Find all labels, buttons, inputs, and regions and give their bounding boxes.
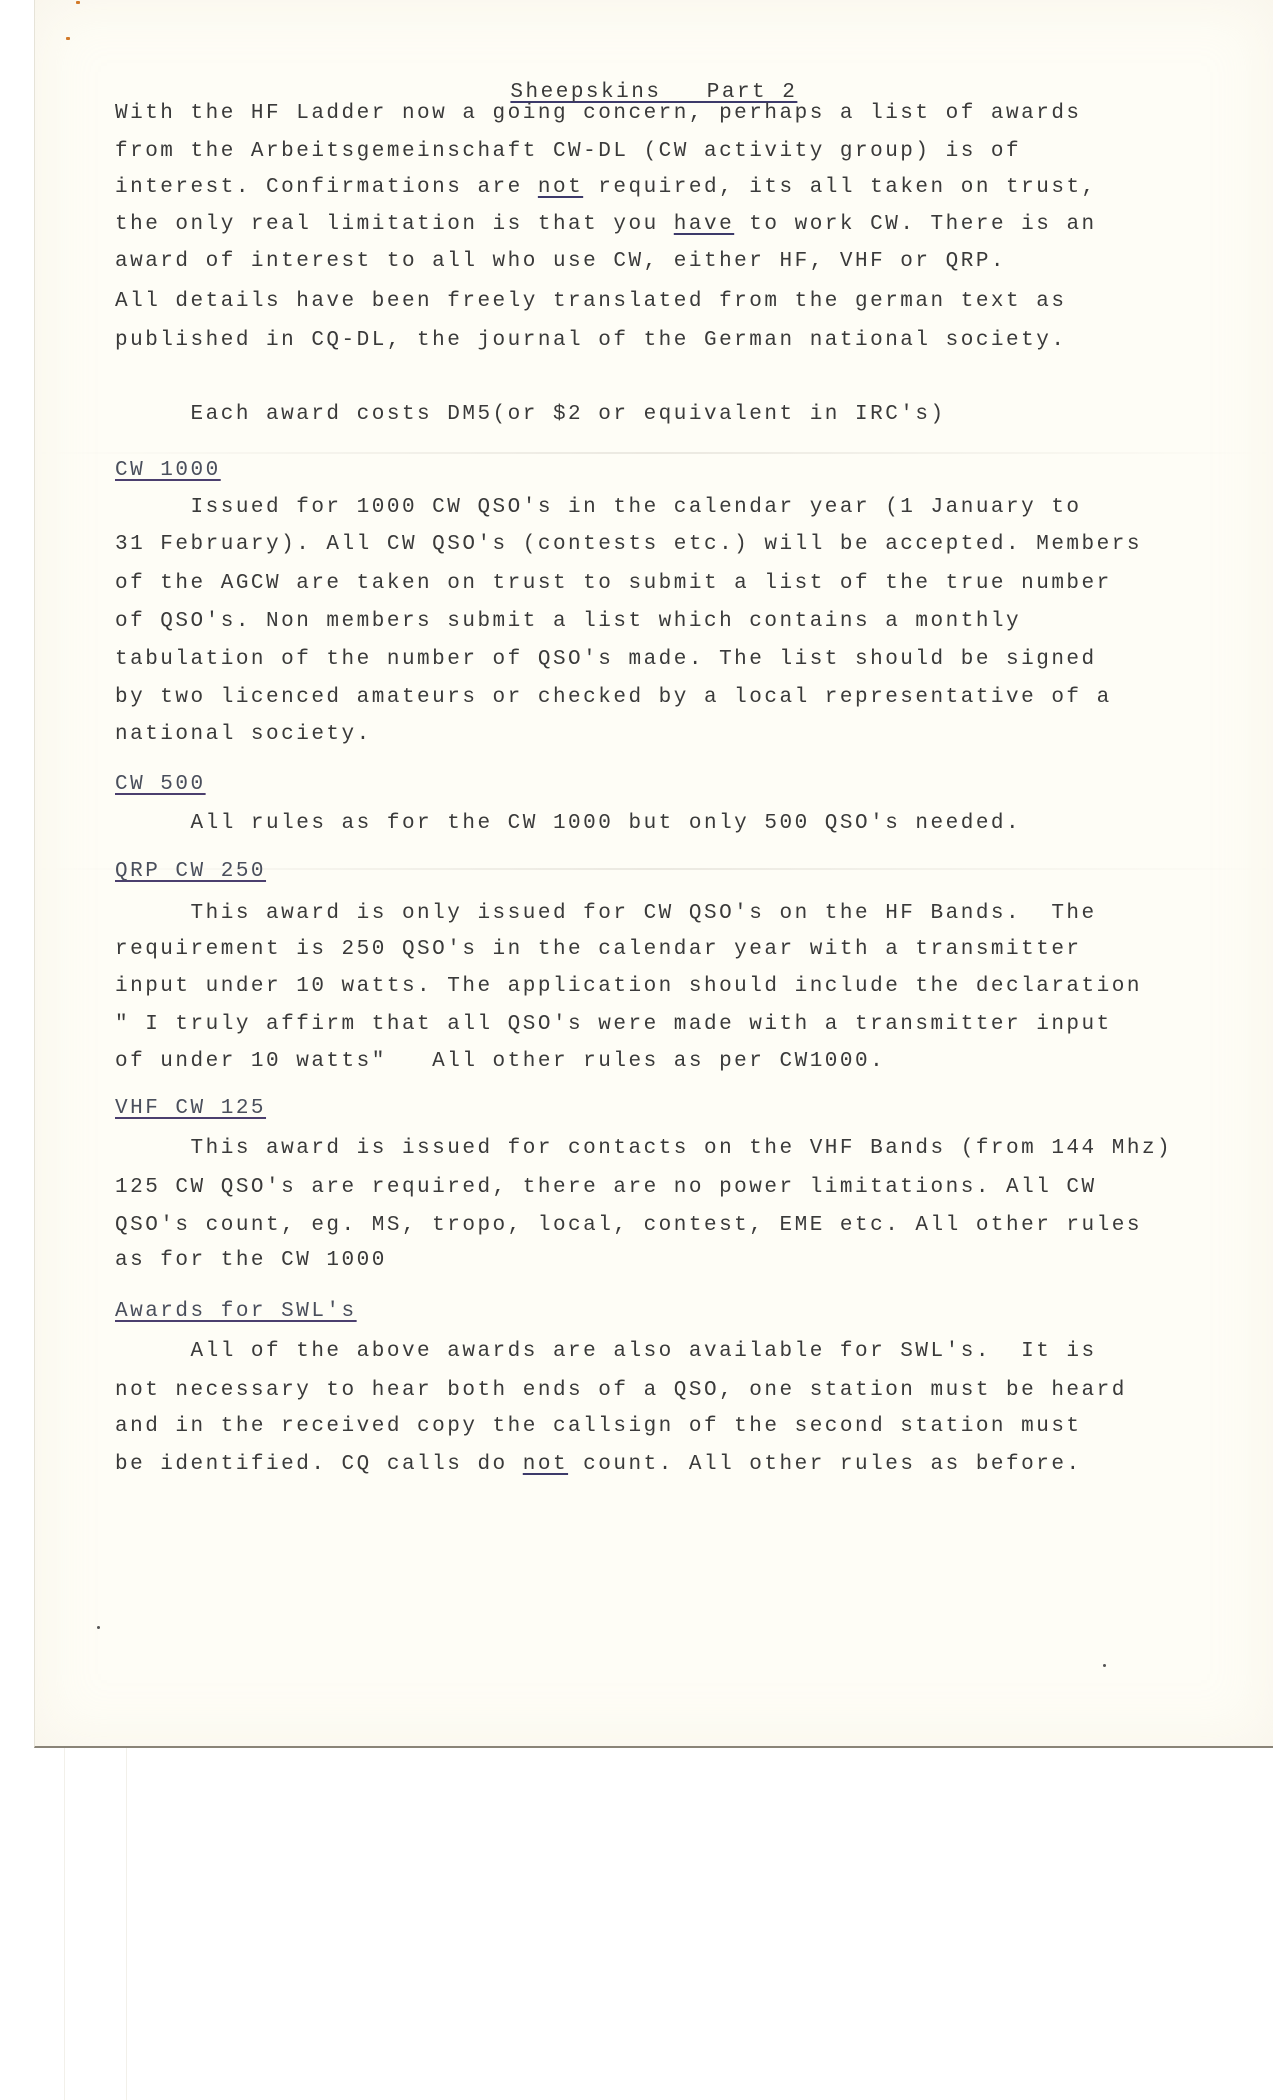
section-heading: Awards for SWL's: [115, 1301, 357, 1322]
text-line: 125 CW QSO's are required, there are no …: [115, 1177, 1097, 1198]
text-line: With the HF Ladder now a going concern, …: [115, 103, 1082, 124]
text-line: tabulation of the number of QSO's made. …: [115, 649, 1097, 670]
text-line: All rules as for the CW 1000 but only 50…: [115, 813, 1021, 834]
text-line: from the Arbeitsgemeinschaft CW-DL (CW a…: [115, 141, 1021, 162]
section-heading-text: VHF CW 125: [115, 1097, 266, 1120]
text-run: published in CQ-DL, the journal of the G…: [115, 329, 1066, 352]
text-run: This award is only issued for CW QSO's o…: [115, 902, 1097, 925]
text-run: This award is issued for contacts on the…: [115, 1137, 1172, 1160]
scan-artifact: [64, 1748, 65, 2100]
text-line: the only real limitation is that you hav…: [115, 214, 1097, 235]
text-run: With the HF Ladder now a going concern, …: [115, 102, 1082, 125]
scan-artifact: [126, 1748, 127, 2100]
text-run: required, its all taken on trust,: [583, 176, 1096, 199]
text-run: 31 February). All CW QSO's (contests etc…: [115, 533, 1142, 556]
text-run: the only real limitation is that you: [115, 213, 674, 236]
text-line: This award is issued for contacts on the…: [115, 1138, 1172, 1159]
ink-mark: [66, 37, 70, 40]
text-line: QSO's count, eg. MS, tropo, local, conte…: [115, 1215, 1142, 1236]
text-run: as for the CW 1000: [115, 1249, 387, 1272]
text-line: of the AGCW are taken on trust to submit…: [115, 573, 1112, 594]
section-heading: CW 500: [115, 774, 206, 795]
text-line: 31 February). All CW QSO's (contests etc…: [115, 534, 1142, 555]
section-heading: CW 1000: [115, 460, 221, 481]
text-run: requirement is 250 QSO's in the calendar…: [115, 938, 1082, 961]
section-heading-text: Awards for SWL's: [115, 1300, 357, 1323]
text-run: of the AGCW are taken on trust to submit…: [115, 572, 1112, 595]
text-run: of QSO's. Non members submit a list whic…: [115, 610, 1021, 633]
section-heading-text: QRP CW 250: [115, 860, 266, 883]
text-run: All rules as for the CW 1000 but only 50…: [115, 812, 1021, 835]
text-run: tabulation of the number of QSO's made. …: [115, 648, 1097, 671]
text-line: national society.: [115, 724, 372, 745]
text-run: All details have been freely translated …: [115, 290, 1066, 313]
text-run: Issued for 1000 CW QSO's in the calendar…: [115, 496, 1082, 519]
text-line: " I truly affirm that all QSO's were mad…: [115, 1014, 1112, 1035]
text-line: All details have been freely translated …: [115, 291, 1066, 312]
text-run: not necessary to hear both ends of a QSO…: [115, 1379, 1127, 1402]
paper-fold-crease: [34, 452, 1272, 454]
page-title-text: Sheepskins Part 2: [510, 81, 797, 104]
text-run: and in the received copy the callsign of…: [115, 1415, 1082, 1438]
text-line: not necessary to hear both ends of a QSO…: [115, 1380, 1127, 1401]
text-run: by two licenced amateurs or checked by a…: [115, 686, 1112, 709]
underlined-emphasis: not: [523, 1453, 568, 1476]
text-run: to work CW. There is an: [734, 213, 1096, 236]
text-line: as for the CW 1000: [115, 1250, 387, 1271]
paper-speck: [1103, 1664, 1106, 1667]
text-run: interest. Confirmations are: [115, 176, 538, 199]
section-heading: QRP CW 250: [115, 861, 266, 882]
ink-mark: [76, 1, 80, 4]
text-run: national society.: [115, 723, 372, 746]
section-heading-text: CW 500: [115, 773, 206, 796]
text-line: published in CQ-DL, the journal of the G…: [115, 330, 1066, 351]
underlined-emphasis: not: [538, 176, 583, 199]
text-line: This award is only issued for CW QSO's o…: [115, 903, 1097, 924]
text-run: QSO's count, eg. MS, tropo, local, conte…: [115, 1214, 1142, 1237]
text-run: from the Arbeitsgemeinschaft CW-DL (CW a…: [115, 140, 1021, 163]
text-line: award of interest to all who use CW, eit…: [115, 251, 1006, 272]
text-line: of QSO's. Non members submit a list whic…: [115, 611, 1021, 632]
text-run: count. All other rules as before.: [568, 1453, 1081, 1476]
text-line: Issued for 1000 CW QSO's in the calendar…: [115, 497, 1082, 518]
text-run: be identified. CQ calls do: [115, 1453, 523, 1476]
text-line: All of the above awards are also availab…: [115, 1341, 1097, 1362]
section-heading: VHF CW 125: [115, 1098, 266, 1119]
underlined-emphasis: have: [674, 213, 734, 236]
text-run: " I truly affirm that all QSO's were mad…: [115, 1013, 1112, 1036]
text-run: award of interest to all who use CW, eit…: [115, 250, 1006, 273]
text-run: All of the above awards are also availab…: [115, 1340, 1097, 1363]
text-run: 125 CW QSO's are required, there are no …: [115, 1176, 1097, 1199]
text-run: Each award costs DM5(or $2 or equivalent…: [115, 403, 946, 426]
text-run: input under 10 watts. The application sh…: [115, 975, 1142, 998]
text-line: input under 10 watts. The application sh…: [115, 976, 1142, 997]
text-line: and in the received copy the callsign of…: [115, 1416, 1082, 1437]
paper-speck: [97, 1626, 100, 1629]
text-line: interest. Confirmations are not required…: [115, 177, 1097, 198]
text-run: of under 10 watts" All other rules as pe…: [115, 1050, 885, 1073]
section-heading-text: CW 1000: [115, 459, 221, 482]
text-line: requirement is 250 QSO's in the calendar…: [115, 939, 1082, 960]
text-line: by two licenced amateurs or checked by a…: [115, 687, 1112, 708]
text-line: be identified. CQ calls do not count. Al…: [115, 1454, 1082, 1475]
text-line: of under 10 watts" All other rules as pe…: [115, 1051, 885, 1072]
text-line: Each award costs DM5(or $2 or equivalent…: [115, 404, 946, 425]
